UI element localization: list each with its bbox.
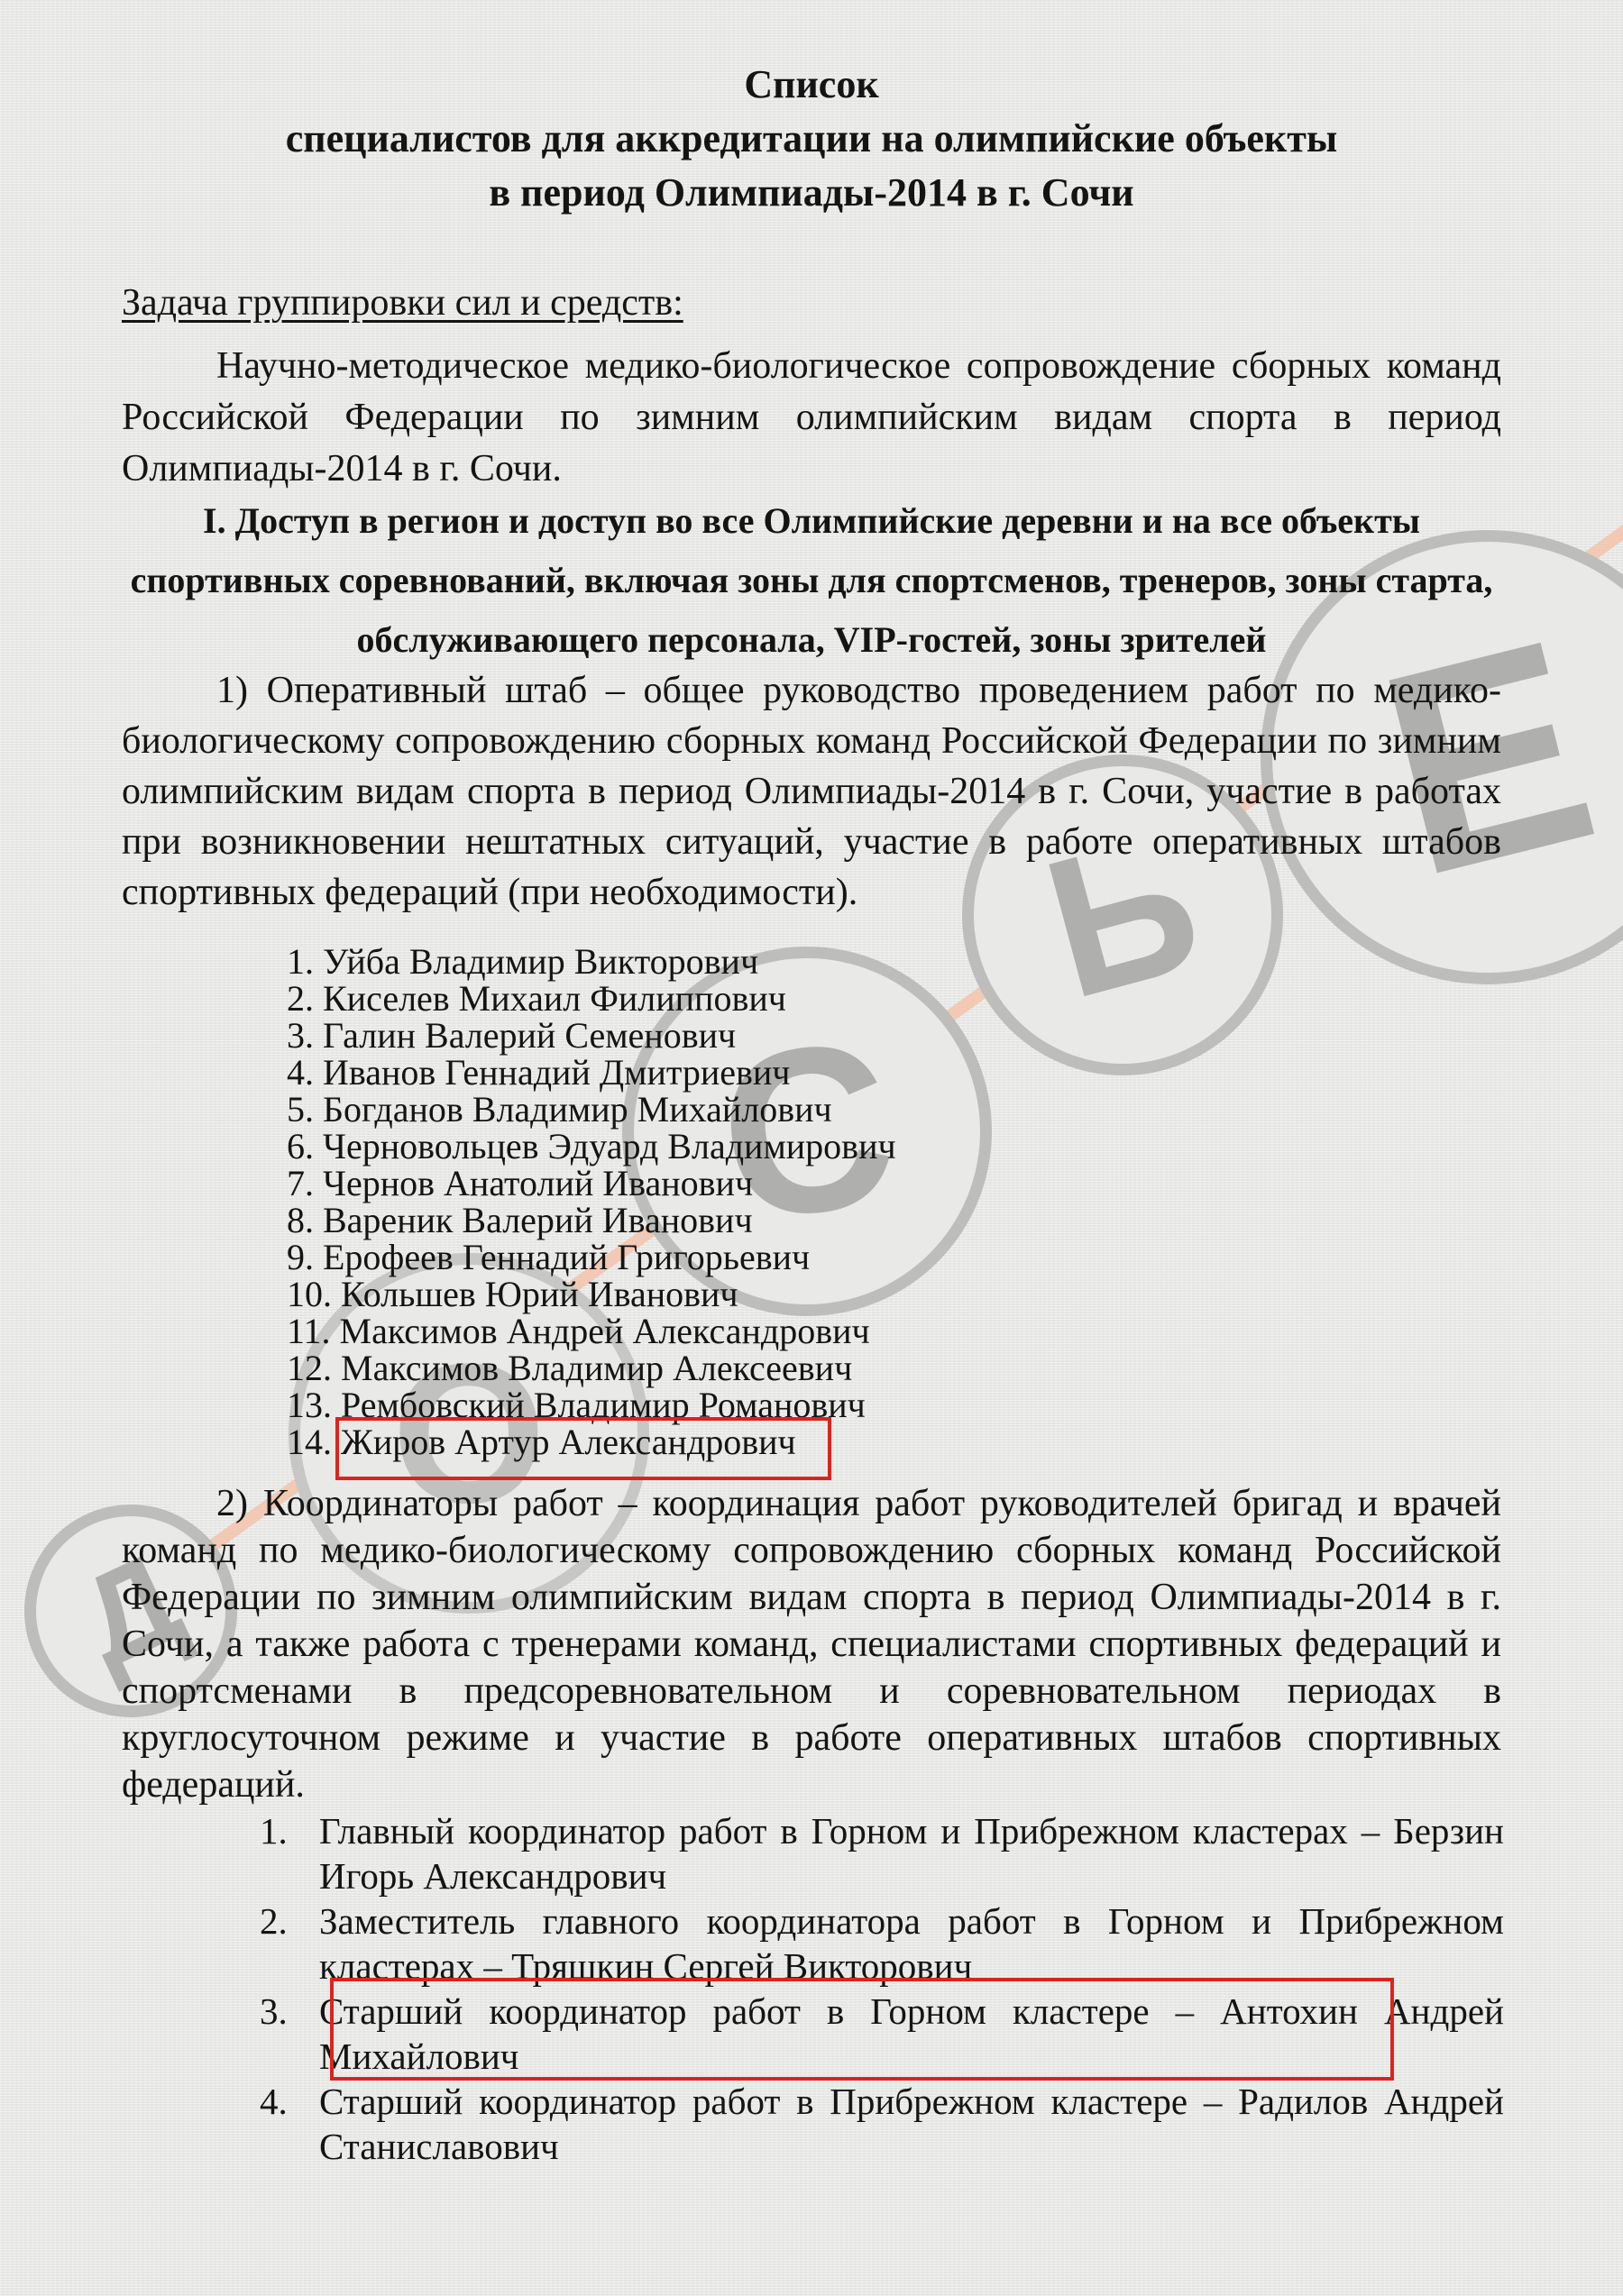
list-item: 11. Максимов Андрей Александрович [287,1313,1459,1349]
list-item: 12. Максимов Владимир Алексеевич [287,1349,1459,1386]
section-1-paragraph: 1) Оперативный штаб – общее руководство … [122,665,1501,918]
list-item: 6. Черновольцев Эдуард Владимирович [287,1128,1459,1165]
coordinators-list: 1. Главный координатор работ в Горном и … [260,1808,1504,2169]
task-heading: Задача группировки сил и средств: [122,281,1501,325]
list-item-number: 2. [260,1898,319,1944]
list-item: 7. Чернов Анатолий Иванович [287,1165,1459,1202]
list-item: 2. Заместитель главного координатора раб… [260,1898,1504,1989]
staff-list: 1. Уйба Владимир Викторович 2. Киселев М… [287,943,1459,1460]
list-item: 8. Вареник Валерий Иванович [287,1202,1459,1239]
title-line-1: Список [122,58,1501,112]
scanned-document-page: Е Ь С О Д Список специалистов для аккред… [0,0,1623,2296]
list-item: 13. Рембовский Владимир Романович [287,1386,1459,1423]
list-item: 14. Жиров Артур Александрович [287,1423,1459,1460]
list-item-number: 3. [260,1989,319,2034]
list-item: 1. Главный координатор работ в Горном и … [260,1808,1504,1898]
section-1-heading: I. Доступ в регион и доступ во все Олимп… [122,491,1501,670]
list-item: 1. Уйба Владимир Викторович [287,943,1459,980]
list-item-text: Главный координатор работ в Горном и При… [319,1808,1504,1898]
list-item-text: Старший координатор работ в Горном класт… [319,1989,1504,2079]
list-item: 2. Киселев Михаил Филиппович [287,980,1459,1017]
title-line-2: специалистов для аккредитации на олимпий… [122,112,1501,166]
list-item: 3. Галин Валерий Семенович [287,1017,1459,1054]
list-item: 10. Кольшев Юрий Иванович [287,1276,1459,1313]
list-item-number: 4. [260,2079,319,2124]
list-item: 9. Ерофеев Геннадий Григорьевич [287,1239,1459,1276]
title-line-3: в период Олимпиады-2014 в г. Сочи [122,166,1501,220]
section-2-paragraph: 2) Координаторы работ – координация рабо… [122,1480,1501,1808]
task-body-paragraph: Научно-методическое медико-биологическое… [122,341,1501,495]
list-item-text: Старший координатор работ в Прибрежном к… [319,2079,1504,2169]
list-item: 3. Старший координатор работ в Горном кл… [260,1989,1504,2079]
list-item-text: Заместитель главного координатора работ … [319,1898,1504,1989]
document-title: Список специалистов для аккредитации на … [122,58,1501,220]
list-item: 5. Богданов Владимир Михайлович [287,1091,1459,1128]
list-item: 4. Старший координатор работ в Прибрежно… [260,2079,1504,2169]
list-item-number: 1. [260,1808,319,1853]
list-item: 4. Иванов Геннадий Дмитриевич [287,1054,1459,1091]
